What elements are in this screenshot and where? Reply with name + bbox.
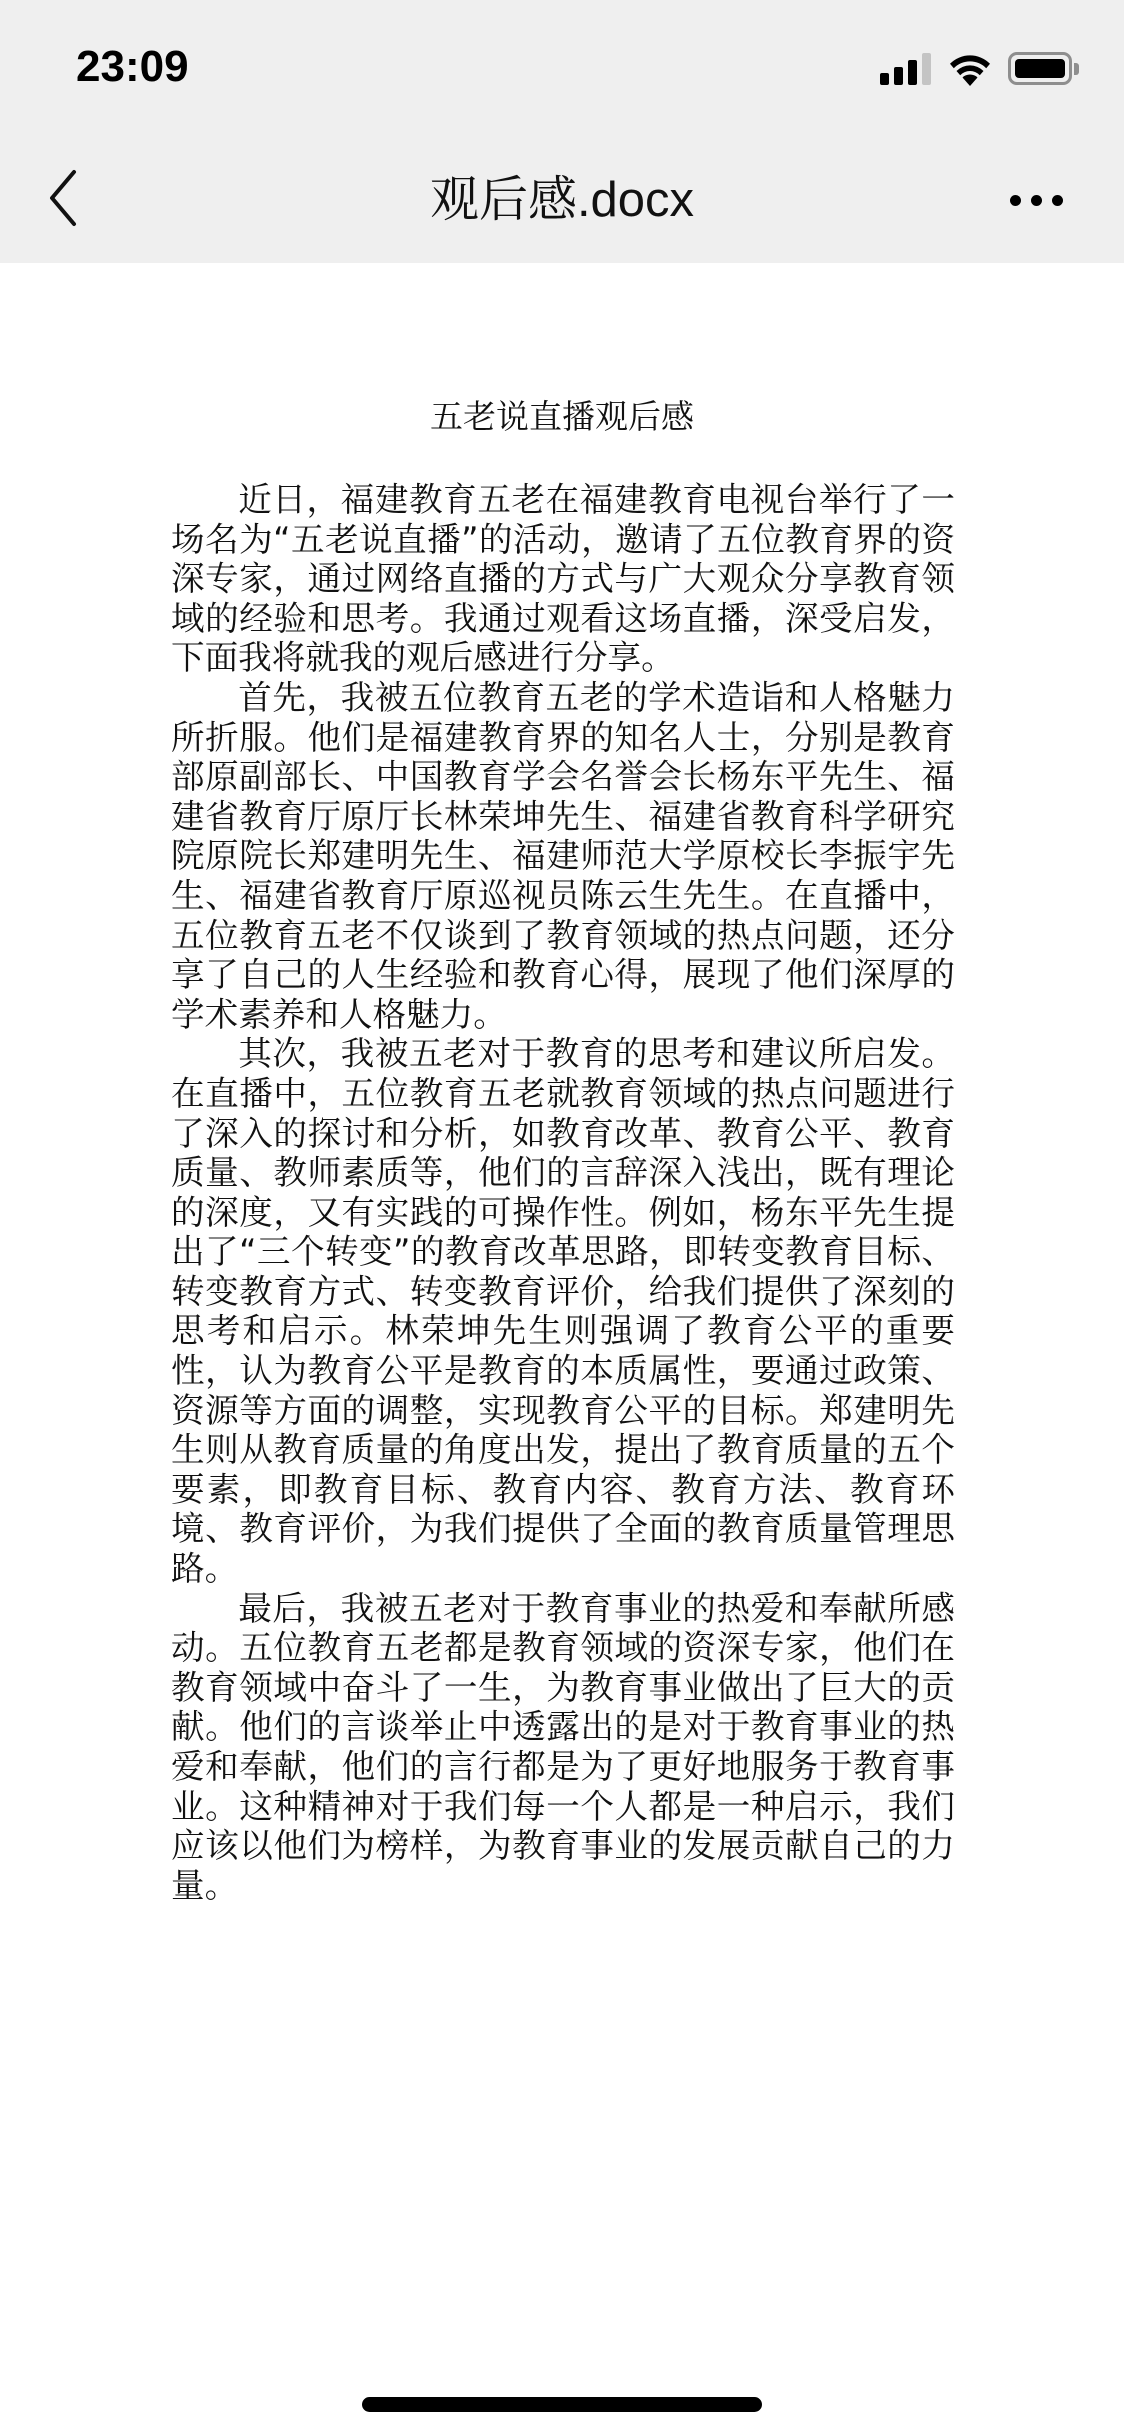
document-page[interactable]: 五老说直播观后感 近日，福建教育五老在福建教育电视台举行了一场名为“五老说直播”… — [0, 263, 1124, 2436]
wifi-icon — [946, 52, 994, 86]
document-heading: 五老说直播观后感 — [0, 397, 1124, 437]
back-button[interactable] — [44, 168, 84, 228]
document-title-bar: 观后感.docx — [200, 172, 924, 228]
more-horizontal-icon — [1010, 195, 1021, 206]
more-dot — [1052, 195, 1063, 206]
home-indicator[interactable] — [362, 2397, 762, 2412]
paragraph: 首先，我被五位教育五老的学术造诣和人格魅力所折服。他们是福建教育界的知名人士，分… — [171, 678, 955, 1034]
status-time: 23:09 — [76, 42, 189, 92]
paragraph: 其次，我被五老对于教育的思考和建议所启发。在直播中，五位教育五老就教育领域的热点… — [171, 1034, 955, 1588]
paragraph: 近日，福建教育五老在福建教育电视台举行了一场名为“五老说直播”的活动，邀请了五位… — [171, 480, 955, 678]
paragraph: 最后，我被五老对于教育事业的热爱和奉献所感动。五位教育五老都是教育领域的资深专家… — [171, 1589, 955, 1906]
document-body: 近日，福建教育五老在福建教育电视台举行了一场名为“五老说直播”的活动，邀请了五位… — [171, 480, 955, 1905]
more-dot — [1031, 195, 1042, 206]
battery-cap — [1074, 63, 1079, 75]
docx-viewer-screen: 23:09 观后感.docx 五老说直播观后感 近日，福建 — [0, 0, 1124, 2436]
chevron-left-icon — [52, 172, 74, 224]
more-options-button[interactable] — [1006, 182, 1068, 218]
battery-icon — [1008, 52, 1072, 85]
cellular-signal-icon — [880, 53, 934, 85]
top-bar: 23:09 观后感.docx — [0, 0, 1124, 263]
